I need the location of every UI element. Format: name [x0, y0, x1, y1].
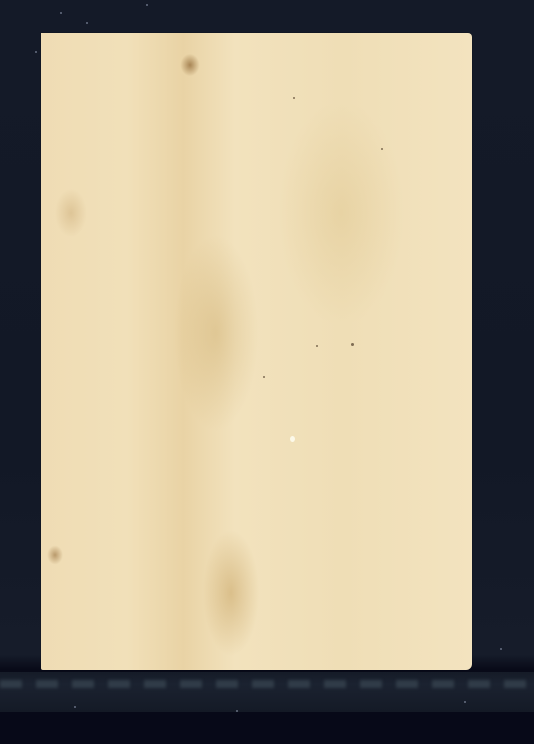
- holder-band: [0, 672, 534, 712]
- foxing-spot: [293, 97, 295, 99]
- scuff-mark: [290, 436, 295, 442]
- aged-card: [41, 33, 472, 670]
- dust-speck: [464, 701, 466, 703]
- foxing-spot: [381, 148, 383, 150]
- dust-speck: [146, 4, 148, 6]
- dust-speck: [35, 51, 37, 53]
- ghost-imprint: [129, 521, 379, 571]
- base-strip: [0, 712, 534, 744]
- dust-speck: [60, 12, 62, 14]
- foxing-spot: [263, 376, 265, 378]
- foxing-spot: [316, 345, 318, 347]
- dust-speck: [74, 706, 76, 708]
- dust-speck: [236, 710, 238, 712]
- foxing-spot: [351, 343, 354, 346]
- dust-speck: [86, 22, 88, 24]
- dust-speck: [500, 648, 502, 650]
